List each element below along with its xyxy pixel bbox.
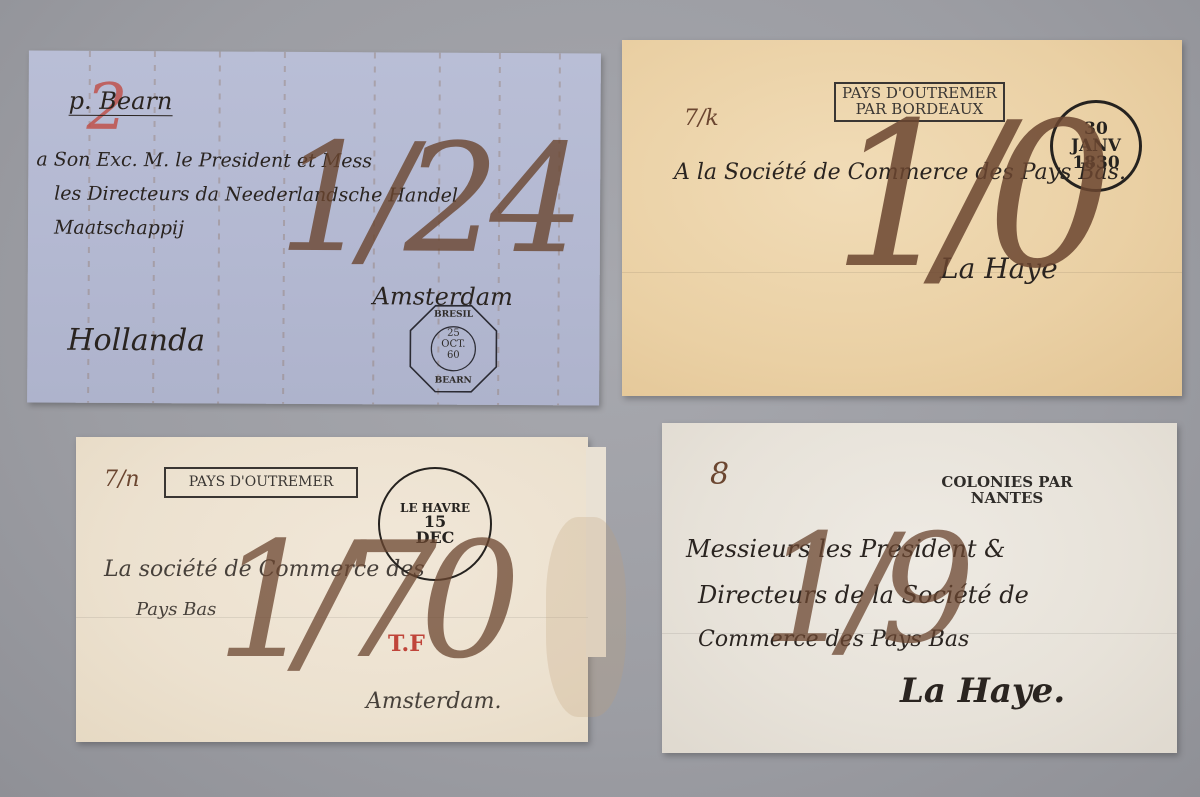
postmark-year: 60: [407, 350, 499, 361]
brown-rate-marking: 1/24: [278, 112, 576, 288]
rate-marking: 1/70: [216, 507, 503, 694]
rate-marking: 1/0: [832, 80, 1094, 313]
corner-marking: 7/n: [104, 467, 140, 492]
corner-marking: 7/k: [684, 106, 719, 131]
route-instruction: p. Bearn: [69, 87, 173, 117]
postmark-line-1: PAYS D'OUTREMER: [172, 475, 350, 490]
cover-bottom-left: 7/n PAYS D'OUTREMER LE HAVRE 15 DEC La s…: [76, 437, 588, 742]
address-city: La Haye.: [900, 671, 1065, 711]
water-stain: [546, 517, 626, 717]
address-line-3: Maatschappij: [54, 217, 184, 240]
address-line-2: Pays Bas: [136, 599, 216, 620]
ink-bleed-stripe: [217, 51, 221, 403]
cover-bottom-right: 8 COLONIES PAR NANTES Messieurs les Pres…: [662, 423, 1177, 753]
boxed-postmark: PAYS D'OUTREMER: [164, 467, 358, 498]
colonies-par-nantes-postmark: COLONIES PAR NANTES: [922, 475, 1092, 507]
postmark-top-text: BRESIL: [408, 310, 500, 320]
postmark-bottom-text: BEARN: [407, 376, 499, 386]
corner-marking: 8: [710, 457, 729, 492]
rate-marking: 1/9: [762, 503, 961, 677]
cover-top-left: 2 p. Bearn a Son Exc. M. le President et…: [27, 51, 601, 406]
cover-top-right: 7/k PAYS D'OUTREMER PAR BORDEAUX 30 JANV…: [622, 40, 1182, 396]
address-country: Hollanda: [67, 323, 205, 359]
